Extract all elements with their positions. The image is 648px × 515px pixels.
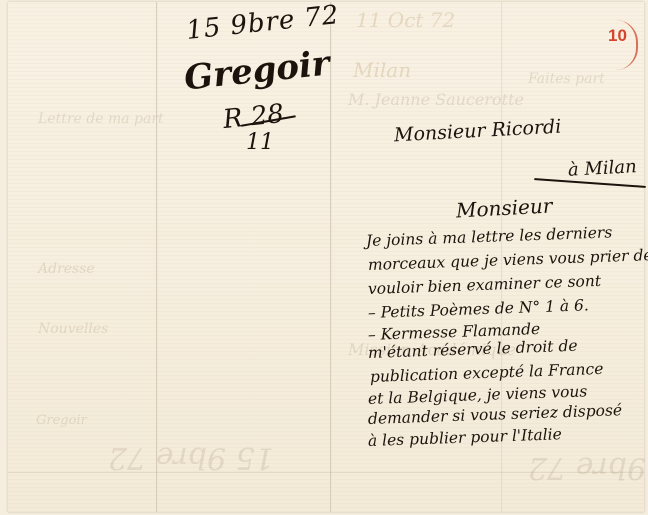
bleed-through-text: Faites part (528, 72, 605, 86)
bleed-through-text: 11 Oct 72 (356, 10, 455, 30)
bleed-through-text: Milan (353, 60, 411, 80)
bleed-through-text: 15 9bre 72 (108, 442, 274, 472)
docket-count: 11 (246, 132, 274, 154)
bleed-through-text: Adresse (38, 262, 95, 276)
docket-date: 15 9bre 72 (185, 2, 341, 44)
docket-reference: R 28 (222, 101, 285, 133)
bleed-through-text: Nouvelles (38, 322, 108, 336)
docket-sender: Gregoir (183, 46, 332, 95)
archive-bracket-mark (616, 20, 638, 70)
bleed-through-text: Gregoir (36, 414, 87, 427)
fold-line (156, 2, 158, 512)
letter-addressee: Monsieur Ricordi (394, 118, 562, 146)
letter-body-line: – Petits Poèmes de N° 1 à 6. (368, 298, 589, 321)
letter-body-line: morceaux que je viens vous prier de (368, 248, 648, 273)
letter-body-line: publication excepté la France (370, 362, 604, 386)
letter-sheet: M. Jeanne Saucerotte Mission Académique … (8, 2, 644, 512)
bleed-through-text: M. Jeanne Saucerotte (348, 92, 524, 108)
letter-salutation: Monsieur (456, 195, 553, 220)
letter-body-line: Je joins à ma lettre les derniers (366, 225, 613, 249)
letter-body-line: demander si vous seriez disposé (368, 403, 623, 427)
bleed-through-text: Lettre de ma part (38, 112, 164, 126)
letter-city: à Milan (568, 158, 638, 180)
scanned-letter-page: M. Jeanne Saucerotte Mission Académique … (0, 0, 648, 515)
letter-body-line: à les publier pour l'Italie (368, 427, 562, 449)
bleed-through-text: 15 9bre 72 (528, 452, 648, 482)
letter-body-line: m'étant réservé le droit de (368, 339, 578, 362)
letter-body-line: vouloir bien examiner ce sont (368, 274, 602, 298)
